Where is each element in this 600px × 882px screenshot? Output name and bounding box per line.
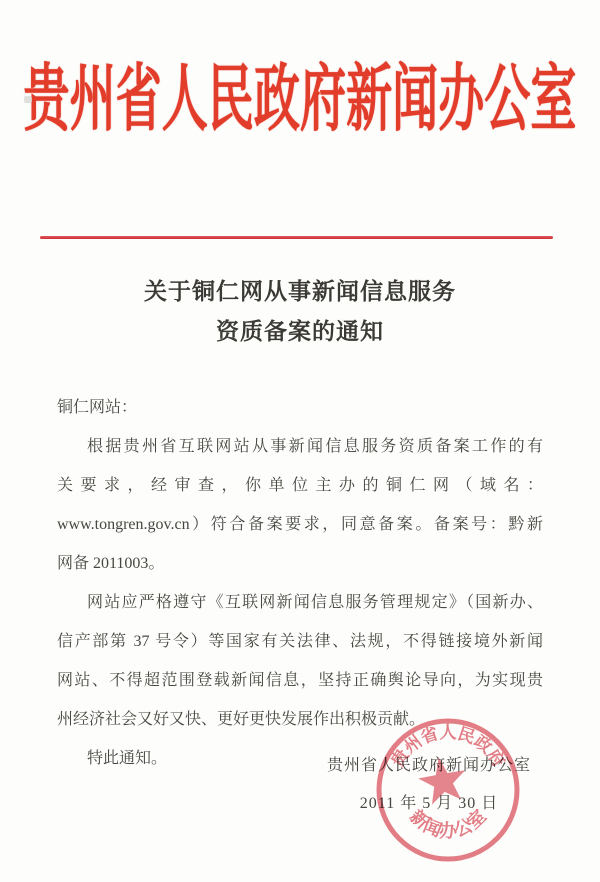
notice-title: 关于铜仁网从事新闻信息服务 资质备案的通知 xyxy=(0,272,600,352)
salutation-line: 铜仁网站： xyxy=(57,388,543,427)
seal-arc-text-top: 贵州省人民政府 xyxy=(388,723,510,771)
seal-arc-text-bottom: 新闻办公室 xyxy=(406,805,490,841)
scan-artifact xyxy=(24,96,32,103)
body-line: 根据贵州省互联网站从事新闻信息服务资质备案工作的有 xyxy=(57,427,543,466)
letterhead-divider xyxy=(40,236,553,239)
notice-title-line-2: 资质备案的通知 xyxy=(0,312,600,352)
official-seal: 贵州省人民政府 新闻办公室 xyxy=(372,715,528,865)
body-line: 信产部第 37 号令）等国家有关法律、法规，不得链接境外新闻 xyxy=(57,622,543,661)
letterhead-title: 贵州省人民政府新闻办公室 xyxy=(12,64,588,137)
body-line: 网站、不得超范围登载新闻信息，坚持正确舆论导向，为实现贵 xyxy=(57,661,543,700)
body-line: 关要求，经审查，你单位主办的铜仁网（域名： xyxy=(57,466,543,505)
body-line: 网站应严格遵守《互联网新闻信息服务管理规定》（国新办、 xyxy=(57,583,543,622)
body-line: www.tongren.gov.cn）符合备案要求，同意备案。备案号：黔新 xyxy=(57,505,543,544)
notice-title-line-1: 关于铜仁网从事新闻信息服务 xyxy=(0,272,600,312)
body-line: 网备 2011003。 xyxy=(57,544,543,583)
seal-star-icon xyxy=(418,757,465,804)
